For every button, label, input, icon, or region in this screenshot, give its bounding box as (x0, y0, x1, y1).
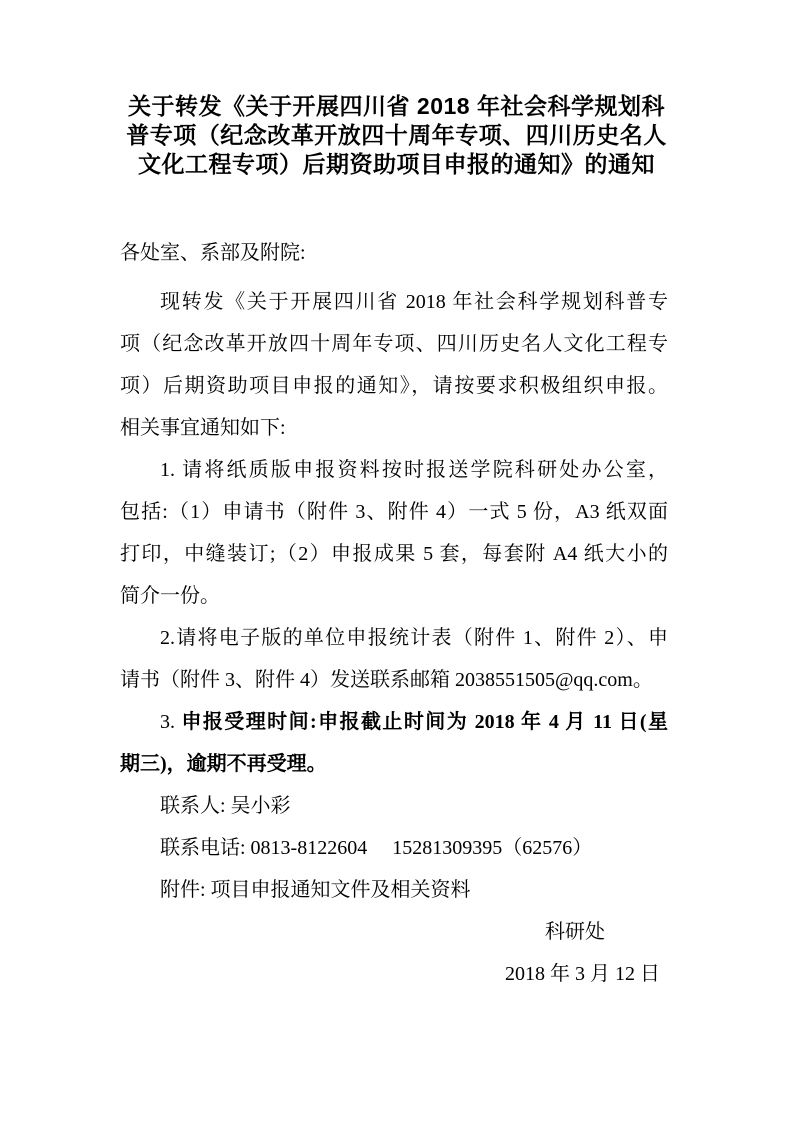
body-paragraph: 2.请将电子版的单位申报统计表（附件 1、附件 2）、申请书（附件 3、附件 4… (120, 617, 668, 701)
title-line: 关于转发《关于开展四川省 2018 年社会科学规划科 (0, 92, 793, 121)
body-line: 包括:（1）申请书（附件 3、附件 4）一式 5 份，A3 纸双面 (120, 491, 668, 533)
signature-date: 2018 年 3 月 12 日 (120, 953, 668, 995)
document-title: 关于转发《关于开展四川省 2018 年社会科学规划科普专项（纪念改革开放四十周年… (0, 92, 793, 179)
body-line: 2.请将电子版的单位申报统计表（附件 1、附件 2）、申 (120, 617, 668, 659)
body-paragraph: 3. 申报受理时间:申报截止时间为 2018 年 4 月 11 日(星期三)，逾… (120, 701, 668, 785)
salutation: 各处室、系部及附院: (120, 232, 668, 274)
body-line: 项）后期资助项目申报的通知》，请按要求积极组织申报。 (120, 365, 668, 407)
title-line: 普专项（纪念改革开放四十周年专项、四川历史名人 (0, 121, 793, 150)
title-line: 文化工程专项）后期资助项目申报的通知》的通知 (0, 150, 793, 179)
body-line: 联系电话: 0813-8122604 15281309395（62576） (120, 827, 668, 869)
body-line: 简介一份。 (120, 575, 668, 617)
signature-block: 科研处 2018 年 3 月 12 日 (120, 911, 668, 995)
body-line: 期三)，逾期不再受理。 (120, 743, 668, 785)
body-line: 现转发《关于开展四川省 2018 年社会科学规划科普专 (120, 281, 668, 323)
body-line: 请书（附件 3、附件 4）发送联系邮箱 2038551505@qq.com。 (120, 659, 668, 701)
body-line: 打印，中缝装订;（2）申报成果 5 套，每套附 A4 纸大小的 (120, 533, 668, 575)
body-paragraph: 附件: 项目申报通知文件及相关资料 (120, 869, 668, 911)
body-line: 项（纪念改革开放四十周年专项、四川历史名人文化工程专 (120, 323, 668, 365)
document-body: 各处室、系部及附院: 现转发《关于开展四川省 2018 年社会科学规划科普专项（… (120, 232, 668, 995)
body-line: 3. 申报受理时间:申报截止时间为 2018 年 4 月 11 日(星 (120, 701, 668, 743)
signature-org: 科研处 (120, 911, 668, 953)
body-paragraph: 联系电话: 0813-8122604 15281309395（62576） (120, 827, 668, 869)
body-line: 附件: 项目申报通知文件及相关资料 (120, 869, 668, 911)
body-line: 相关事宜通知如下: (120, 407, 668, 449)
body-paragraph: 现转发《关于开展四川省 2018 年社会科学规划科普专项（纪念改革开放四十周年专… (120, 281, 668, 449)
body-paragraph: 1. 请将纸质版申报资料按时报送学院科研处办公室，包括:（1）申请书（附件 3、… (120, 449, 668, 617)
body-paragraph: 联系人: 吴小彩 (120, 785, 668, 827)
body-line: 联系人: 吴小彩 (120, 785, 668, 827)
document-page: 关于转发《关于开展四川省 2018 年社会科学规划科普专项（纪念改革开放四十周年… (0, 0, 793, 1122)
body-line: 1. 请将纸质版申报资料按时报送学院科研处办公室， (120, 449, 668, 491)
list-number: 3. (160, 711, 181, 733)
paragraph-list: 现转发《关于开展四川省 2018 年社会科学规划科普专项（纪念改革开放四十周年专… (120, 281, 668, 911)
